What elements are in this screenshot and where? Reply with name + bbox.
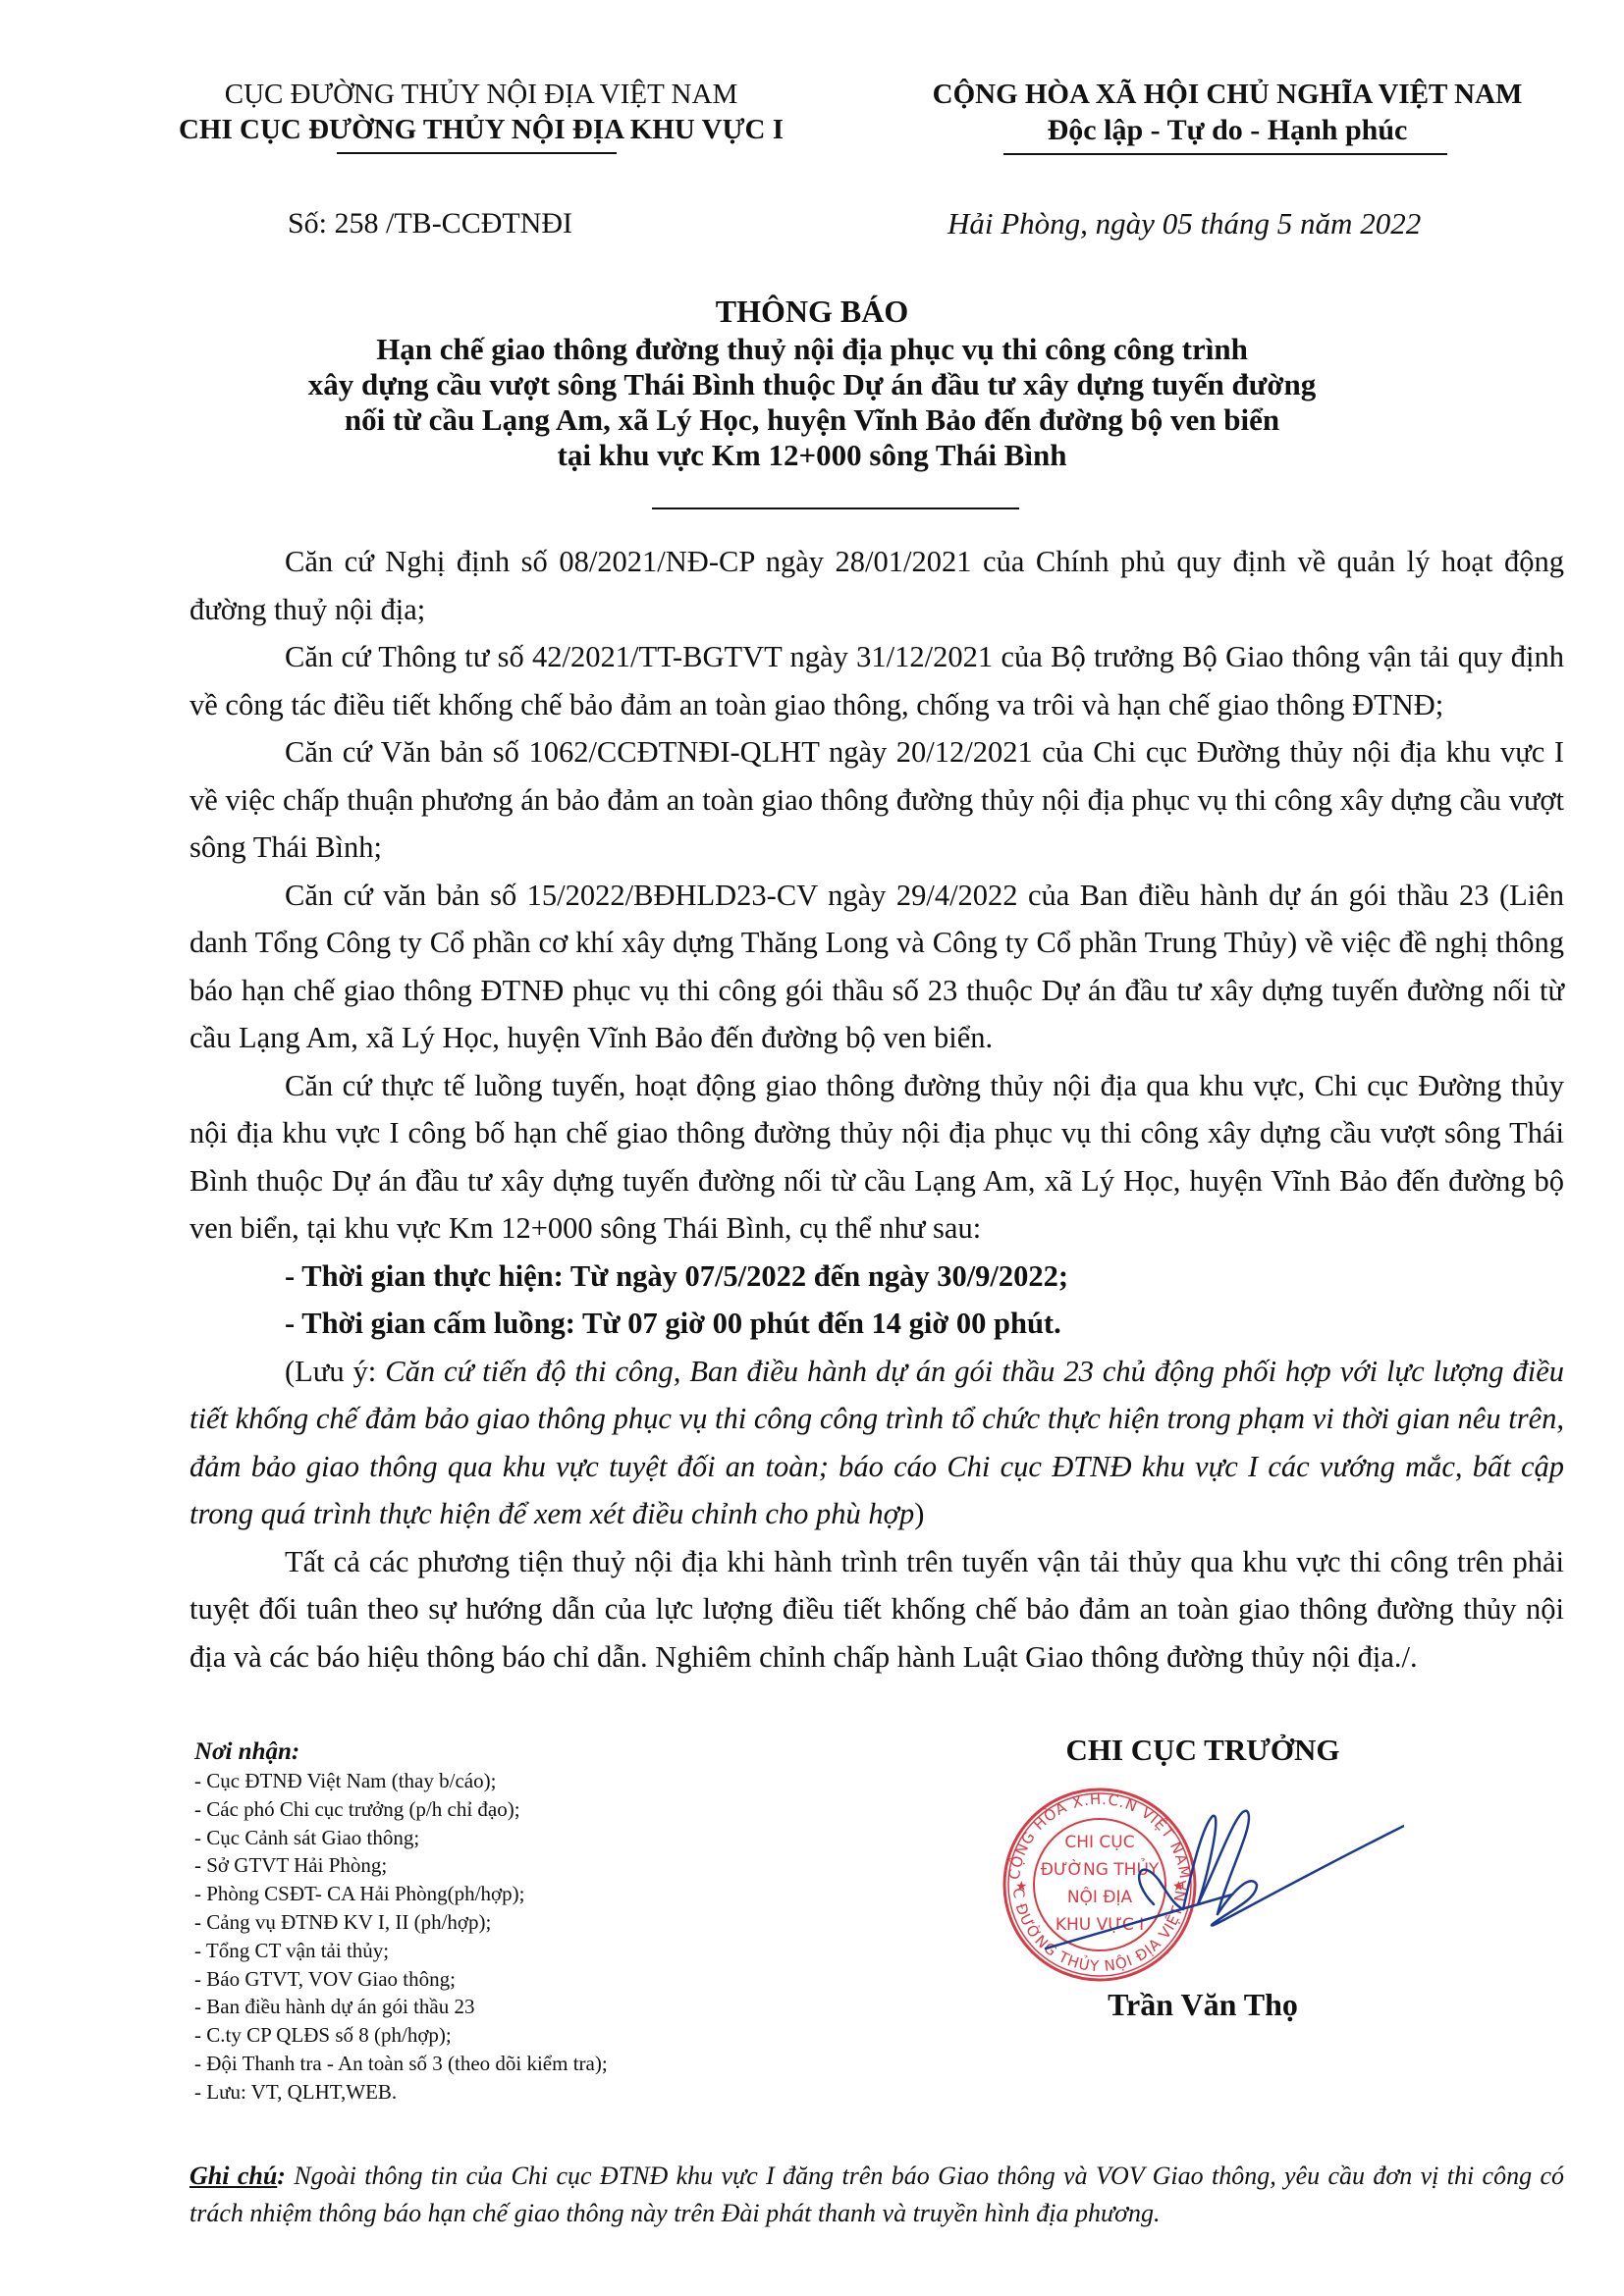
svg-text:CHI CỤC: CHI CỤC bbox=[1064, 1833, 1134, 1852]
recipient-item: - Lưu: VT, QLHT,WEB. bbox=[194, 2078, 941, 2107]
document-body: Căn cứ Nghị định số 08/2021/NĐ-CP ngày 2… bbox=[189, 538, 1564, 1681]
footnote: Ghi chú: Ngoài thông tin của Chi cục ĐTN… bbox=[189, 2158, 1564, 2232]
recipient-item: - Cục Cảnh sát Giao thông; bbox=[194, 1824, 941, 1852]
legal-basis-paragraph: Căn cứ Văn bản số 1062/CCĐTNĐI-QLHT ngày… bbox=[189, 728, 1564, 872]
recipient-item: - Cục ĐTNĐ Việt Nam (thay b/cáo); bbox=[194, 1767, 941, 1795]
note-prefix: (Lưu ý: bbox=[285, 1355, 385, 1388]
recipient-item: - Các phó Chi cục trưởng (p/h chỉ đạo); bbox=[194, 1795, 941, 1824]
svg-text:★: ★ bbox=[1015, 1879, 1028, 1895]
document-number: Số: 258 /TB-CCĐTNĐI bbox=[288, 204, 572, 243]
closing-paragraph: Tất cả các phương tiện thuỷ nội địa khi … bbox=[189, 1538, 1564, 1682]
execution-period: - Thời gian thực hiện: Từ ngày 07/5/2022… bbox=[189, 1253, 1564, 1301]
title-line: tại khu vực Km 12+000 sông Thái Bình bbox=[147, 438, 1477, 473]
recipient-item: - Cảng vụ ĐTNĐ KV I, II (ph/hợp); bbox=[194, 1908, 941, 1937]
seal-icon: CỘNG HÒA X.H.C.N VIỆT NAM CỤC ĐƯỜNG THỦY… bbox=[992, 1787, 1195, 1980]
title-underline bbox=[652, 507, 1019, 509]
agency-underline bbox=[337, 152, 617, 154]
legal-basis-paragraph: Căn cứ Thông tư số 42/2021/TT-BGTVT ngày… bbox=[189, 633, 1564, 728]
note-suffix: ) bbox=[914, 1497, 924, 1530]
official-seal-and-signature: CỘNG HÒA X.H.C.N VIỆT NAM CỤC ĐƯỜNG THỦY… bbox=[992, 1787, 1404, 1983]
issuing-agency: CHI CỤC ĐƯỜNG THỦY NỘI ĐỊA KHU VỰC I bbox=[147, 112, 815, 147]
footnote-label: Ghi chú bbox=[189, 2162, 277, 2190]
recipients-block: Nơi nhận: - Cục ĐTNĐ Việt Nam (thay b/cá… bbox=[194, 1737, 941, 2107]
legal-basis-paragraph: Căn cứ văn bản số 15/2022/BĐHLD23-CV ngà… bbox=[189, 872, 1564, 1062]
recipient-item: - Phòng CSĐT- CA Hải Phòng(ph/hợp); bbox=[194, 1880, 941, 1908]
issuing-agency-block: CỤC ĐƯỜNG THỦY NỘI ĐỊA VIỆT NAM CHI CỤC … bbox=[147, 77, 815, 147]
svg-text:★: ★ bbox=[1172, 1879, 1185, 1895]
recipient-item: - Báo GTVT, VOV Giao thông; bbox=[194, 1965, 941, 1994]
motto-underline bbox=[1003, 153, 1447, 155]
document-title-block: THÔNG BÁO Hạn chế giao thông đường thuỷ … bbox=[147, 291, 1477, 473]
recipient-item: - Ban điều hành dự án gói thầu 23 bbox=[194, 1993, 941, 2021]
country-name: CỘNG HÒA XÃ HỘI CHỦ NGHĨA VIỆT NAM bbox=[864, 77, 1591, 112]
footnote-colon: : bbox=[277, 2162, 286, 2190]
svg-text:ĐƯỜNG THỦY: ĐƯỜNG THỦY bbox=[1041, 1857, 1160, 1880]
place-and-date: Hải Phòng, ngày 05 tháng 5 năm 2022 bbox=[947, 204, 1421, 243]
note-text: Căn cứ tiến độ thi công, Ban điều hành d… bbox=[189, 1355, 1564, 1531]
svg-text:NỘI ĐỊA: NỘI ĐỊA bbox=[1067, 1886, 1133, 1907]
note-paragraph: (Lưu ý: Căn cứ tiến độ thi công, Ban điề… bbox=[189, 1348, 1564, 1538]
footnote-text: Ngoài thông tin của Chi cục ĐTNĐ khu vực… bbox=[189, 2162, 1564, 2227]
parent-agency: CỤC ĐƯỜNG THỦY NỘI ĐỊA VIỆT NAM bbox=[147, 77, 815, 112]
channel-closure-hours: - Thời gian cấm luồng: Từ 07 giờ 00 phút… bbox=[189, 1300, 1564, 1348]
document-type: THÔNG BÁO bbox=[147, 291, 1477, 332]
recipient-item: - C.ty CP QLĐS số 8 (ph/hợp); bbox=[194, 2021, 941, 2050]
title-line: xây dựng cầu vượt sông Thái Bình thuộc D… bbox=[147, 367, 1477, 402]
recipients-heading: Nơi nhận: bbox=[194, 1737, 941, 1767]
announcement-paragraph: Căn cứ thực tế luồng tuyến, hoạt động gi… bbox=[189, 1062, 1564, 1253]
title-line: nối từ cầu Lạng Am, xã Lý Học, huyện Vĩn… bbox=[147, 402, 1477, 438]
signer-title: CHI CỤC TRƯỞNG bbox=[992, 1732, 1414, 1769]
national-heading-block: CỘNG HÒA XÃ HỘI CHỦ NGHĨA VIỆT NAM Độc l… bbox=[864, 77, 1591, 149]
title-line: Hạn chế giao thông đường thuỷ nội địa ph… bbox=[147, 332, 1477, 367]
recipient-item: - Đội Thanh tra - An toàn số 3 (theo dõi… bbox=[194, 2050, 941, 2078]
national-motto: Độc lập - Tự do - Hạnh phúc bbox=[864, 112, 1591, 149]
recipients-list: - Cục ĐTNĐ Việt Nam (thay b/cáo);- Các p… bbox=[194, 1767, 941, 2107]
signer-name: Trần Văn Thọ bbox=[992, 1985, 1414, 2024]
recipient-item: - Sở GTVT Hải Phòng; bbox=[194, 1851, 941, 1880]
recipient-item: - Tổng CT vận tải thủy; bbox=[194, 1937, 941, 1965]
legal-basis-paragraph: Căn cứ Nghị định số 08/2021/NĐ-CP ngày 2… bbox=[189, 538, 1564, 633]
